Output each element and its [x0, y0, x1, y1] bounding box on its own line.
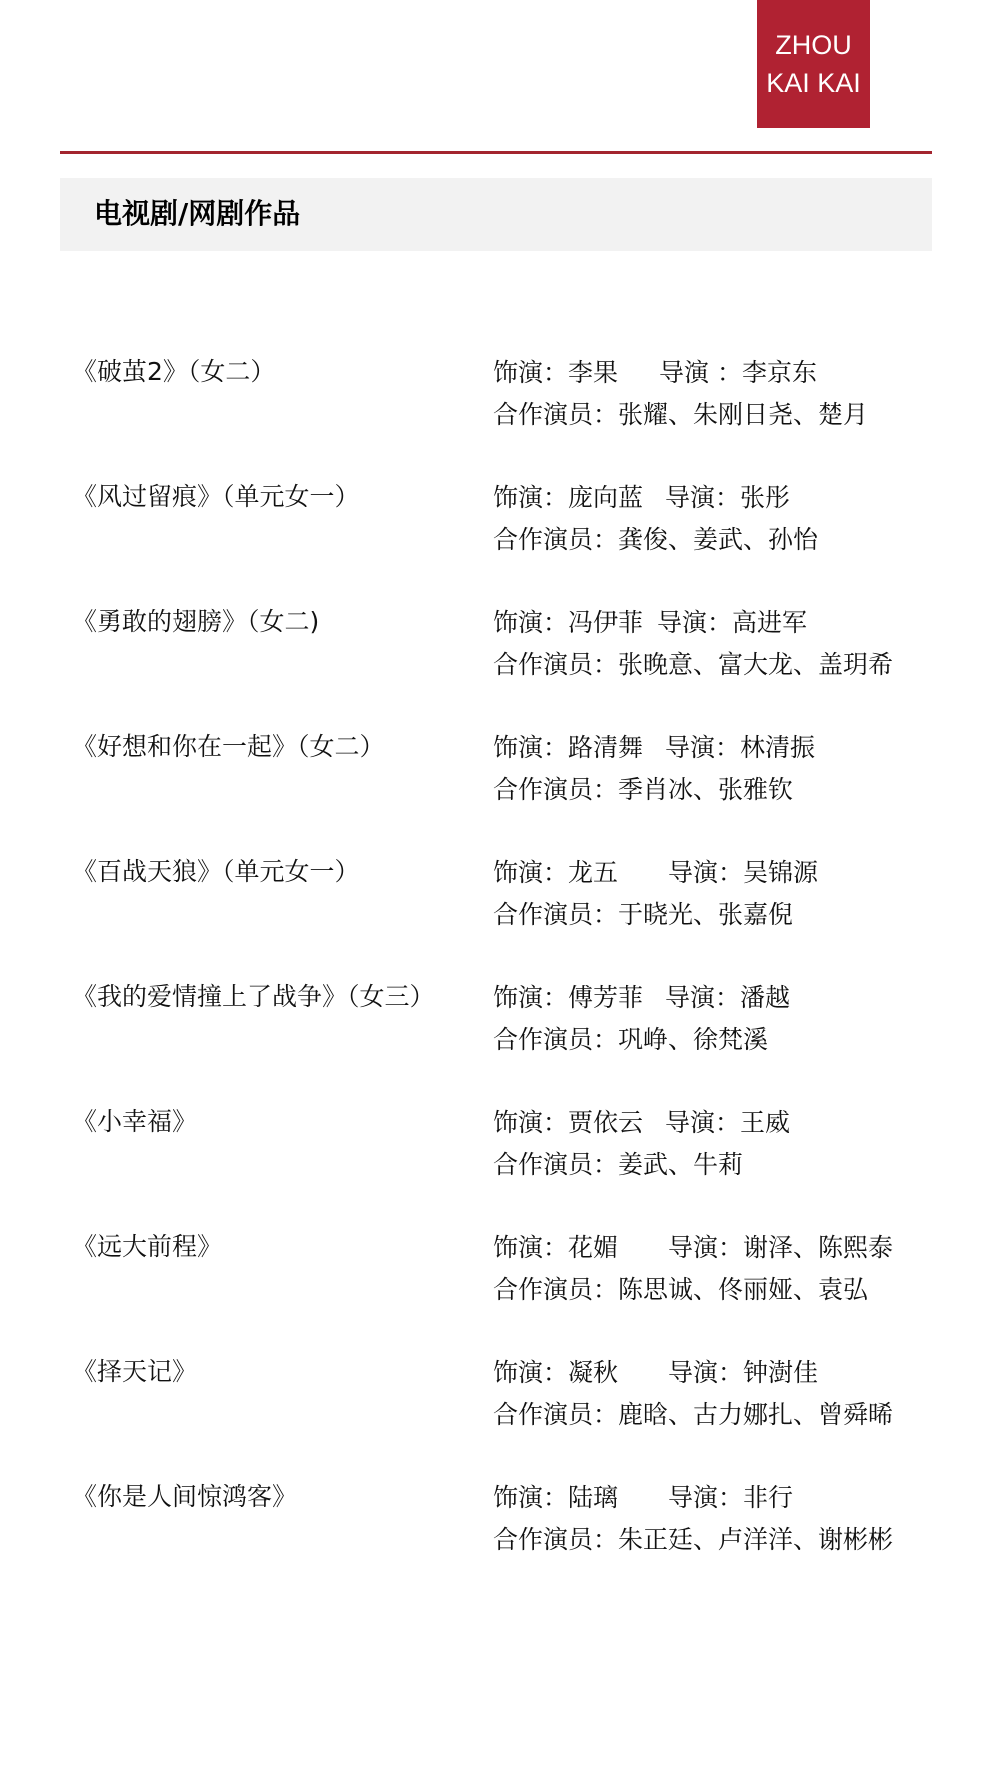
work-info: 饰演：傅芳菲导演：潘越 合作演员：巩峥、徐梵溪 — [493, 977, 790, 1061]
work-title: 《勇敢的翅膀》（女二) — [72, 602, 319, 642]
role-text: 饰演：凝秋 — [493, 1352, 618, 1394]
work-title: 《你是人间惊鸿客》 — [72, 1477, 297, 1517]
work-info: 饰演：庞向蓝导演：张彤 合作演员：龚俊、姜武、孙怡 — [493, 477, 818, 561]
role-text: 饰演：庞向蓝 — [493, 477, 643, 519]
role-director-line: 饰演：庞向蓝导演：张彤 — [493, 477, 818, 519]
role-director-line: 饰演：龙五导演：吴锦源 — [493, 852, 818, 894]
role-text: 饰演：花媚 — [493, 1227, 618, 1269]
director-text: 导演：吴锦源 — [668, 852, 818, 894]
work-title: 《好想和你在一起》（女二） — [72, 727, 385, 767]
director-text: 导演 ：李京东 — [659, 352, 817, 394]
role-text: 饰演：陆璃 — [493, 1477, 618, 1519]
brand-logo: ZHOU KAI KAI — [757, 0, 870, 128]
work-info: 饰演：花媚导演：谢泽、陈熙泰 合作演员：陈思诚、佟丽娅、袁弘 — [493, 1227, 893, 1311]
costars-text: 合作演员：鹿晗、古力娜扎、曾舜晞 — [493, 1394, 893, 1436]
work-info: 饰演：凝秋导演：钟澍佳 合作演员：鹿晗、古力娜扎、曾舜晞 — [493, 1352, 893, 1436]
director-text: 导演：非行 — [668, 1477, 793, 1519]
work-entry: 《我的爱情撞上了战争》（女三） 饰演：傅芳菲导演：潘越 合作演员：巩峥、徐梵溪 — [0, 977, 1000, 1102]
director-text: 导演：王威 — [665, 1102, 790, 1144]
section-title: 电视剧/网剧作品 — [94, 196, 300, 232]
costars-text: 合作演员：巩峥、徐梵溪 — [493, 1019, 790, 1061]
work-entry: 《风过留痕》（单元女一） 饰演：庞向蓝导演：张彤 合作演员：龚俊、姜武、孙怡 — [0, 477, 1000, 602]
director-text: 导演：钟澍佳 — [668, 1352, 818, 1394]
role-text: 饰演：李果 — [493, 352, 618, 394]
work-info: 饰演：冯伊菲导演：高进军 合作演员：张晚意、富大龙、盖玥希 — [493, 602, 893, 686]
work-entry: 《破茧2》（女二） 饰演：李果导演 ：李京东 合作演员：张耀、朱刚日尧、楚月 — [0, 352, 1000, 477]
costars-text: 合作演员：张晚意、富大龙、盖玥希 — [493, 644, 893, 686]
role-text: 饰演：路清舞 — [493, 727, 643, 769]
work-info: 饰演：龙五导演：吴锦源 合作演员：于晓光、张嘉倪 — [493, 852, 818, 936]
work-title: 《破茧2》（女二） — [72, 352, 275, 392]
role-director-line: 饰演：冯伊菲导演：高进军 — [493, 602, 893, 644]
work-info: 饰演：陆璃导演：非行 合作演员：朱正廷、卢洋洋、谢彬彬 — [493, 1477, 893, 1561]
role-text: 饰演：傅芳菲 — [493, 977, 643, 1019]
work-title: 《小幸福》 — [72, 1102, 197, 1142]
work-entry: 《择天记》 饰演：凝秋导演：钟澍佳 合作演员：鹿晗、古力娜扎、曾舜晞 — [0, 1352, 1000, 1477]
director-text: 导演：潘越 — [665, 977, 790, 1019]
section-header: 电视剧/网剧作品 — [60, 178, 932, 251]
costars-text: 合作演员：朱正廷、卢洋洋、谢彬彬 — [493, 1519, 893, 1561]
work-entry: 《远大前程》 饰演：花媚导演：谢泽、陈熙泰 合作演员：陈思诚、佟丽娅、袁弘 — [0, 1227, 1000, 1352]
logo-line-2: KAI KAI — [766, 64, 861, 102]
director-text: 导演：高进军 — [657, 602, 807, 644]
director-text: 导演：谢泽、陈熙泰 — [668, 1227, 893, 1269]
work-title: 《百战天狼》（单元女一） — [72, 852, 360, 892]
work-title: 《远大前程》 — [72, 1227, 222, 1267]
logo-line-1: ZHOU — [775, 26, 852, 64]
works-list: 《破茧2》（女二） 饰演：李果导演 ：李京东 合作演员：张耀、朱刚日尧、楚月 《… — [0, 352, 1000, 1602]
costars-text: 合作演员：陈思诚、佟丽娅、袁弘 — [493, 1269, 893, 1311]
work-entry: 《百战天狼》（单元女一） 饰演：龙五导演：吴锦源 合作演员：于晓光、张嘉倪 — [0, 852, 1000, 977]
role-director-line: 饰演：李果导演 ：李京东 — [493, 352, 868, 394]
director-text: 导演：林清振 — [665, 727, 815, 769]
role-director-line: 饰演：陆璃导演：非行 — [493, 1477, 893, 1519]
role-text: 饰演：冯伊菲 — [493, 602, 643, 644]
costars-text: 合作演员：季肖冰、张雅钦 — [493, 769, 815, 811]
work-info: 饰演：路清舞导演：林清振 合作演员：季肖冰、张雅钦 — [493, 727, 815, 811]
work-entry: 《小幸福》 饰演：贾依云导演：王威 合作演员：姜武、牛莉 — [0, 1102, 1000, 1227]
header-divider — [60, 151, 932, 154]
role-director-line: 饰演：花媚导演：谢泽、陈熙泰 — [493, 1227, 893, 1269]
role-text: 饰演：贾依云 — [493, 1102, 643, 1144]
role-director-line: 饰演：路清舞导演：林清振 — [493, 727, 815, 769]
work-info: 饰演：李果导演 ：李京东 合作演员：张耀、朱刚日尧、楚月 — [493, 352, 868, 436]
work-entry: 《好想和你在一起》（女二） 饰演：路清舞导演：林清振 合作演员：季肖冰、张雅钦 — [0, 727, 1000, 852]
work-title: 《择天记》 — [72, 1352, 197, 1392]
costars-text: 合作演员：姜武、牛莉 — [493, 1144, 790, 1186]
costars-text: 合作演员：龚俊、姜武、孙怡 — [493, 519, 818, 561]
costars-text: 合作演员：张耀、朱刚日尧、楚月 — [493, 394, 868, 436]
work-info: 饰演：贾依云导演：王威 合作演员：姜武、牛莉 — [493, 1102, 790, 1186]
role-director-line: 饰演：凝秋导演：钟澍佳 — [493, 1352, 893, 1394]
director-text: 导演：张彤 — [665, 477, 790, 519]
role-director-line: 饰演：贾依云导演：王威 — [493, 1102, 790, 1144]
work-title: 《风过留痕》（单元女一） — [72, 477, 360, 517]
work-entry: 《你是人间惊鸿客》 饰演：陆璃导演：非行 合作演员：朱正廷、卢洋洋、谢彬彬 — [0, 1477, 1000, 1602]
role-director-line: 饰演：傅芳菲导演：潘越 — [493, 977, 790, 1019]
role-text: 饰演：龙五 — [493, 852, 618, 894]
work-title: 《我的爱情撞上了战争》（女三） — [72, 977, 435, 1017]
work-entry: 《勇敢的翅膀》（女二) 饰演：冯伊菲导演：高进军 合作演员：张晚意、富大龙、盖玥… — [0, 602, 1000, 727]
costars-text: 合作演员：于晓光、张嘉倪 — [493, 894, 818, 936]
